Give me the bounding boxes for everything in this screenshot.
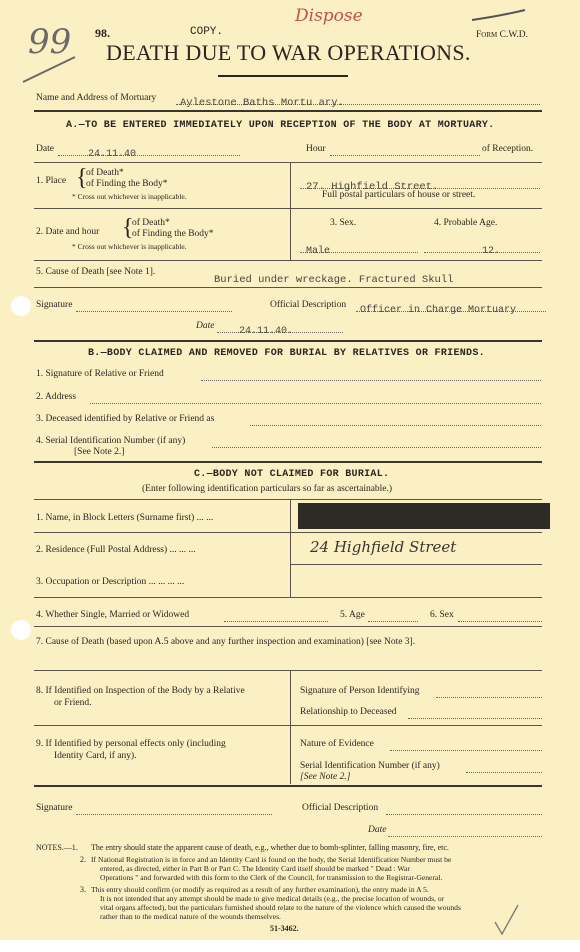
hour-label: Hour — [306, 144, 326, 154]
punch-hole — [11, 620, 31, 640]
age-field[interactable]: 12. — [424, 240, 540, 253]
date-label: Date — [36, 144, 54, 154]
item1-label: 1. Place — [36, 176, 66, 186]
divider — [34, 597, 542, 598]
c-item5-label: 5. Age — [340, 610, 365, 620]
divider — [290, 564, 542, 565]
divider — [34, 287, 542, 288]
b-identified-as-field[interactable] — [250, 413, 541, 426]
divider — [34, 162, 542, 163]
b-item2-label: 2. Address — [36, 392, 76, 402]
divider — [34, 785, 542, 787]
form-code: Form C.W.D. — [476, 30, 528, 40]
age-label: 4. Probable Age. — [434, 218, 497, 228]
page-title: DEATH DUE TO WAR OPERATIONS. — [106, 40, 471, 66]
b-address-field[interactable] — [90, 391, 541, 404]
c-item9-note: [See Note 2.] — [300, 772, 350, 782]
sig-date-label: Date — [196, 321, 214, 331]
pencil-tick-icon — [470, 6, 530, 26]
pencil-stroke-icon — [20, 52, 80, 87]
mortuary-label: Name and Address of Mortuary — [36, 93, 156, 103]
c-item6-label: 6. Sex — [430, 610, 454, 620]
sex-field[interactable]: Male — [300, 240, 418, 253]
c-official-desc-field[interactable] — [386, 802, 542, 815]
c-identifier-signature-field[interactable] — [436, 685, 542, 698]
signature-label: Signature — [36, 300, 72, 310]
section-b-heading: B.—BODY CLAIMED AND REMOVED FOR BURIAL B… — [88, 348, 485, 359]
c-item8-label-2: or Friend. — [54, 698, 91, 708]
c-date-field[interactable] — [388, 824, 542, 837]
divider — [34, 110, 542, 112]
note-1: The entry should state the apparent caus… — [91, 843, 449, 852]
c-relationship-field[interactable] — [408, 706, 542, 719]
stamp-number: 98. — [95, 26, 110, 41]
redacted-name — [298, 503, 550, 529]
divider — [34, 461, 542, 463]
item2-option-finding: of Finding the Body* — [132, 229, 214, 239]
c-sex-field[interactable] — [458, 609, 542, 622]
section-a-heading: A.—TO BE ENTERED IMMEDIATELY UPON RECEPT… — [66, 120, 494, 131]
b-item4-label: 4. Serial Identification Number (if any) — [36, 436, 185, 446]
c-item3-label: 3. Occupation or Description ... ... ...… — [36, 577, 184, 587]
c-item8-sig-label: Signature of Person Identifying — [300, 686, 420, 696]
c-signature-label: Signature — [36, 803, 72, 813]
column-divider — [290, 499, 291, 597]
divider — [34, 260, 542, 261]
sex-label: 3. Sex. — [330, 218, 356, 228]
cause-label: 5. Cause of Death [see Note 1]. — [36, 267, 155, 277]
hour-suffix: of Reception. — [482, 144, 533, 154]
divider — [34, 626, 542, 627]
c-item8-label-1: 8. If Identified on Inspection of the Bo… — [36, 686, 245, 696]
c-item7-label: 7. Cause of Death (based upon A.5 above … — [36, 637, 415, 647]
print-code: 51-3462. — [270, 924, 299, 933]
c-item9-label-1: 9. If Identified by personal effects onl… — [36, 739, 226, 749]
c-signature-field[interactable] — [76, 802, 272, 815]
item2-label: 2. Date and hour — [36, 227, 99, 237]
age-value: 12. — [482, 246, 500, 257]
c-item1-label: 1. Name, in Block Letters (Surname first… — [36, 513, 213, 523]
hour-field[interactable] — [330, 143, 480, 156]
copy-label: COPY. — [190, 26, 223, 38]
b-item1-label: 1. Signature of Relative or Friend — [36, 369, 164, 379]
cause-value[interactable]: Buried under wreckage. Fractured Skull — [214, 274, 453, 286]
red-annotation: Dispose — [295, 6, 363, 26]
title-underline — [218, 75, 348, 77]
note-3-line-2: It is not intended that any attempt shou… — [100, 894, 444, 903]
column-divider — [290, 162, 291, 260]
item1-option-finding: of Finding the Body* — [86, 179, 168, 189]
section-c-subheading: (Enter following identification particul… — [142, 484, 392, 494]
sig-date-value: 24.11.40. — [239, 326, 293, 337]
c-serial-field[interactable] — [466, 760, 542, 773]
c-item9-label-2: Identity Card, if any). — [54, 751, 137, 761]
death-record-form: 99 98. COPY. Dispose Form C.W.D. DEATH D… — [0, 0, 580, 940]
cross-out-note: * Cross out whichever is inapplicable. — [72, 192, 187, 201]
column-divider — [290, 670, 291, 784]
item2-option-death: of Death* — [132, 218, 170, 228]
c-residence-value[interactable]: 24 Highfield Street — [310, 538, 456, 556]
c-age-field[interactable] — [368, 609, 418, 622]
official-desc-value: Officer in Charge Mortuary — [360, 305, 516, 316]
divider — [34, 532, 542, 533]
b-serial-field[interactable] — [212, 435, 541, 448]
section-c-heading: C.—BODY NOT CLAIMED FOR BURIAL. — [194, 469, 389, 480]
divider — [34, 725, 542, 726]
note-3-line-1: This entry should confirm (or modify as … — [91, 885, 429, 894]
c-marital-field[interactable] — [224, 609, 328, 622]
date-field[interactable]: 24.11.40 — [58, 143, 240, 156]
note-2-line-1: If National Registration is in force and… — [91, 855, 451, 864]
c-item9-evidence-label: Nature of Evidence — [300, 739, 374, 749]
divider — [34, 208, 542, 209]
b-item3-label: 3. Deceased identified by Relative or Fr… — [36, 414, 214, 424]
c-item4-label: 4. Whether Single, Married or Widowed — [36, 610, 189, 620]
signature-field[interactable] — [76, 299, 232, 312]
c-official-desc-label: Official Description — [302, 803, 378, 813]
note-2-line-3: Operations " and forwarded with this for… — [100, 873, 442, 882]
note-2-number: 2. — [80, 855, 86, 864]
note-3-number: 3. — [80, 885, 86, 894]
note-2-line-2: entered, as directed, either in Part B o… — [100, 864, 410, 873]
c-date-label: Date — [368, 825, 386, 835]
notes-lead: NOTES.—1. — [36, 843, 78, 852]
punch-hole — [11, 296, 31, 316]
note-3-line-3: vital organs affected), but the particul… — [100, 903, 461, 912]
note-3-line-4: rather than to the medical nature of the… — [100, 912, 281, 921]
checkmark-icon — [492, 902, 522, 936]
sex-value: Male — [306, 246, 330, 257]
c-evidence-field[interactable] — [390, 738, 542, 751]
place-field[interactable]: 27. Highfield Street. — [300, 176, 540, 189]
official-desc-field[interactable]: Officer in Charge Mortuary — [356, 299, 546, 312]
item1-option-death: of Death* — [86, 168, 124, 178]
c-item8-rel-label: Relationship to Deceased — [300, 707, 397, 717]
divider — [34, 670, 542, 671]
cross-out-note: * Cross out whichever is inapplicable. — [72, 242, 187, 251]
divider — [34, 499, 542, 500]
c-item2-label: 2. Residence (Full Postal Address) ... .… — [36, 545, 196, 555]
sig-date-field[interactable]: 24.11.40. — [217, 320, 343, 333]
mortuary-field[interactable]: Aylestone Baths Mortu ary. — [176, 92, 540, 105]
mortuary-value: Aylestone Baths Mortu ary. — [180, 97, 344, 109]
date-value: 24.11.40 — [88, 149, 136, 160]
official-desc-label: Official Description — [270, 300, 346, 310]
divider — [34, 340, 542, 342]
b-relative-signature-field[interactable] — [201, 368, 541, 381]
place-sublabel: Full postal particulars of house or stre… — [322, 190, 475, 200]
b-item4-note: [See Note 2.] — [74, 447, 124, 457]
c-item9-serial-label: Serial Identification Number (if any) — [300, 761, 440, 771]
